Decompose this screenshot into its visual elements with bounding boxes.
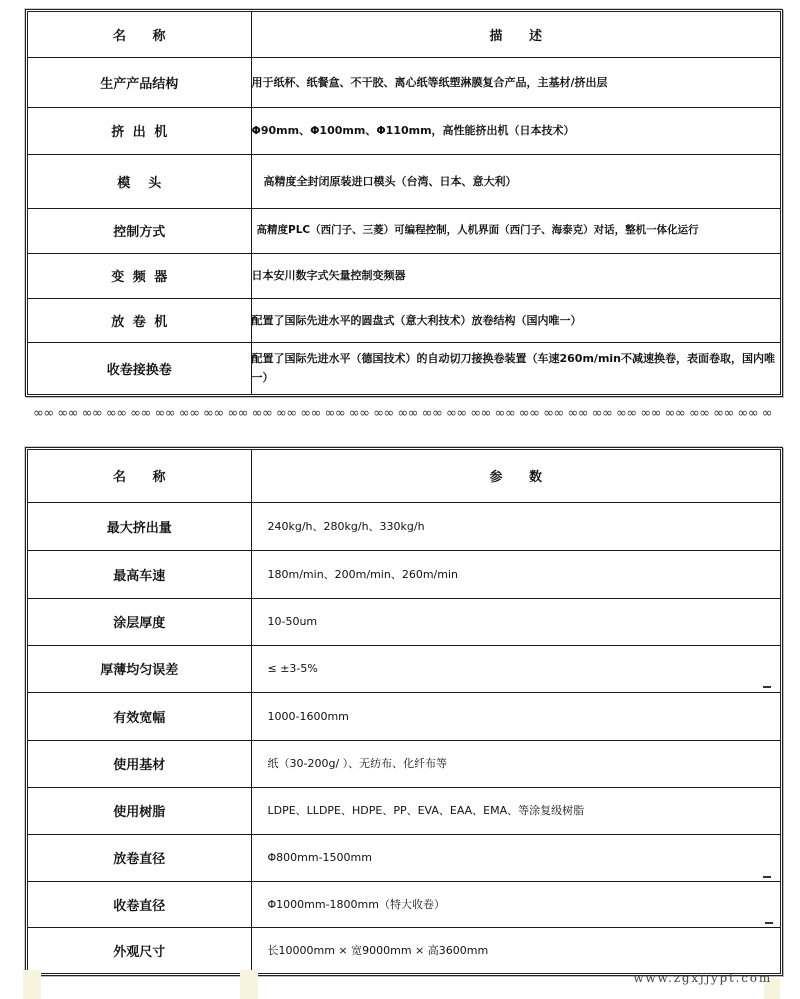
parameters-table: 名 称 参 数 最大挤出量 240kg/h、280kg/h、330kg/h 最高… [25, 447, 783, 976]
row-description: 配置了国际先进水平的圆盘式（意大利技术）放卷结构（国内唯一） [251, 298, 780, 342]
table-row: 放卷直径 Φ800mm-1500mm [28, 834, 780, 881]
row-description: 日本安川数字式矢量控制变频器 [251, 253, 780, 298]
row-value: 10-50um [251, 598, 780, 645]
row-name: 外观尺寸 [28, 927, 251, 973]
row-name: 最大挤出量 [28, 502, 251, 550]
row-value: LDPE、LLDPE、HDPE、PP、EVA、EAA、EMA、等涂复级树脂 [251, 787, 780, 834]
row-name: 收卷接换卷 [28, 342, 251, 394]
column-header-description: 描 述 [251, 12, 780, 57]
table-row: 生产产品结构 用于纸杯、纸餐盒、不干胶、离心纸等纸塑淋膜复合产品，主基材/挤出层 [28, 57, 780, 107]
row-name-label: 模 头 [117, 176, 161, 191]
row-value: 180m/min、200m/min、260m/min [251, 550, 780, 598]
table-row: 模 头 高精度全封闭原装进口模头（台湾、日本、意大利） [28, 154, 780, 208]
row-name: 控制方式 [28, 208, 251, 253]
table-row: 使用基材 纸（30-200g/ ）、无纺布、化纤布等 [28, 740, 780, 787]
row-description: 高精度全封闭原装进口模头（台湾、日本、意大利） [251, 154, 780, 208]
column-header-name-label: 名 称 [113, 470, 166, 485]
row-value: 长10000mm × 宽9000mm × 高3600mm [251, 927, 780, 973]
table-row: 有效宽幅 1000-1600mm [28, 692, 780, 740]
table-row: 最大挤出量 240kg/h、280kg/h、330kg/h [28, 502, 780, 550]
table-row: 控制方式 高精度PLC（西门子、三菱）可编程控制，人机界面（西门子、海泰克）对话… [28, 208, 780, 253]
row-value: Φ800mm-1500mm [251, 834, 780, 881]
row-name: 最高车速 [28, 550, 251, 598]
edge-tick-mark [765, 922, 773, 924]
row-description: Φ90mm、Φ100mm、Φ110mm，高性能挤出机（日本技术） [251, 107, 780, 154]
row-name: 有效宽幅 [28, 692, 251, 740]
table-row: 最高车速 180m/min、200m/min、260m/min [28, 550, 780, 598]
row-value: Φ1000mm-1800mm（特大收卷） [251, 881, 780, 927]
decorative-tab [23, 970, 41, 999]
row-name: 放卷直径 [28, 834, 251, 881]
table-row: 收卷直径 Φ1000mm-1800mm（特大收卷） [28, 881, 780, 927]
row-value: ≤ ±3-5% [251, 645, 780, 692]
row-value: 纸（30-200g/ ）、无纺布、化纤布等 [251, 740, 780, 787]
infinity-divider: ∞∞ ∞∞ ∞∞ ∞∞ ∞∞ ∞∞ ∞∞ ∞∞ ∞∞ ∞∞ ∞∞ ∞∞ ∞∞ ∞… [33, 406, 773, 422]
row-name: 生产产品结构 [28, 57, 251, 107]
site-watermark: www.zgxjjypt.com [633, 971, 772, 985]
table-row: 使用树脂 LDPE、LLDPE、HDPE、PP、EVA、EAA、EMA、等涂复级… [28, 787, 780, 834]
row-name: 使用树脂 [28, 787, 251, 834]
row-name: 放 卷 机 [28, 298, 251, 342]
row-name: 挤 出 机 [28, 107, 251, 154]
column-header-description-label: 描 述 [489, 29, 542, 44]
column-header-name-label: 名 称 [113, 29, 166, 44]
table-row: 放 卷 机 配置了国际先进水平的圆盘式（意大利技术）放卷结构（国内唯一） [28, 298, 780, 342]
row-name: 变 频 器 [28, 253, 251, 298]
row-name: 使用基材 [28, 740, 251, 787]
table-header-row: 名 称 参 数 [28, 450, 780, 502]
row-name: 收卷直径 [28, 881, 251, 927]
decorative-tab [240, 970, 258, 999]
column-header-parameters-label: 参 数 [489, 470, 542, 485]
edge-tick-mark [763, 686, 771, 688]
table-header-row: 名 称 描 述 [28, 12, 780, 57]
table-row: 挤 出 机 Φ90mm、Φ100mm、Φ110mm，高性能挤出机（日本技术） [28, 107, 780, 154]
row-description: 用于纸杯、纸餐盒、不干胶、离心纸等纸塑淋膜复合产品，主基材/挤出层 [251, 57, 780, 107]
row-value: 240kg/h、280kg/h、330kg/h [251, 502, 780, 550]
row-value: 1000-1600mm [251, 692, 780, 740]
column-header-name: 名 称 [28, 12, 251, 57]
table-row: 收卷接换卷 配置了国际先进水平（德国技术）的自动切刀接换卷装置（车速260m/m… [28, 342, 780, 394]
row-description: 高精度PLC（西门子、三菱）可编程控制，人机界面（西门子、海泰克）对话，整机一体… [251, 208, 780, 253]
row-name: 厚薄均匀误差 [28, 645, 251, 692]
column-header-name: 名 称 [28, 450, 251, 502]
features-table: 名 称 描 述 生产产品结构 用于纸杯、纸餐盒、不干胶、离心纸等纸塑淋膜复合产品… [25, 9, 783, 397]
table-row: 厚薄均匀误差 ≤ ±3-5% [28, 645, 780, 692]
row-description: 配置了国际先进水平（德国技术）的自动切刀接换卷装置（车速260m/min不减速换… [251, 342, 780, 394]
row-name: 涂层厚度 [28, 598, 251, 645]
table-row: 外观尺寸 长10000mm × 宽9000mm × 高3600mm [28, 927, 780, 973]
table-row: 变 频 器 日本安川数字式矢量控制变频器 [28, 253, 780, 298]
column-header-parameters: 参 数 [251, 450, 780, 502]
row-name: 模 头 [28, 154, 251, 208]
table-row: 涂层厚度 10-50um [28, 598, 780, 645]
edge-tick-mark [763, 876, 771, 878]
